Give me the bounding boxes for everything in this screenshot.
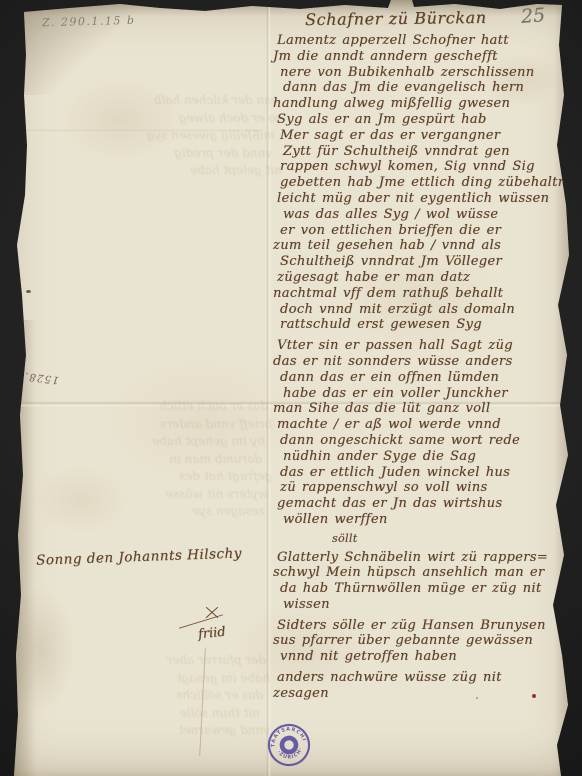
manuscript-line: Zytt für Schultheiß vnndrat gen [283, 144, 562, 160]
verso-line: wyters nit wüsse [35, 486, 268, 504]
verso-line: zesagen sye [35, 503, 265, 521]
verso-line: brieff vnnd anders [35, 416, 272, 434]
manuscript-text-block: Lamentz apperzell Schofner hattJm die an… [280, 33, 562, 707]
staatsarchiv-zuerich-stamp-icon: STAATSARCHIV ·ZÜRICH· [262, 718, 315, 771]
manuscript-paragraph: Sidters sölle er züg Hansen Brunysensus … [280, 618, 562, 665]
manuscript-line: rappen schwyl komen, Sig vnnd Sig [280, 159, 562, 175]
manuscript-line: anders nachwüre wüsse züg nit [277, 670, 562, 686]
manuscript-line: wissen [283, 597, 562, 613]
manuscript-line: handlung alweg mißfellig gwesen [273, 96, 562, 112]
manuscript-line: Mer sagt er das er vergangner [280, 128, 562, 144]
manuscript-page: van der kilchen halbso er doch alwegmißf… [0, 0, 582, 776]
manuscript-line: gemacht das er Jn das wirtshus [277, 496, 562, 512]
manuscript-line: leicht müg aber nit eygentlich wüssen [277, 191, 562, 207]
manuscript-line: nachtmal vff dem rathuß behallt [273, 286, 562, 302]
manuscript-line: gebetten hab Jme ettlich ding zübehaltn [280, 175, 562, 191]
verso-line: vnnd gewarnet [28, 722, 270, 740]
verso-line: nit thun sölle [28, 705, 260, 723]
verso-line: habe im gesagt [28, 670, 270, 688]
manuscript-line: wöllen werffen [283, 512, 562, 528]
manuscript-line: dann das er ein offnen lümden [280, 370, 562, 386]
manuscript-line: man Sihe das die lüt ganz voll [273, 401, 562, 417]
manuscript-line: machte / er aß wol werde vnnd [277, 417, 562, 433]
verso-line: der pfarrer aber [28, 652, 266, 670]
left-margin-note: Sonng den Johannts Hilschy [36, 545, 242, 568]
verso-line: das er ouch etlich [35, 398, 268, 416]
cross-mark-caption: friid [197, 625, 226, 643]
verso-line: gefragt hat des [35, 468, 272, 486]
manuscript-line: zesagen [273, 686, 562, 702]
manuscript-paragraph: Lamentz apperzell Schofner hattJm die an… [280, 33, 562, 333]
ink-speck [476, 697, 478, 699]
document-heading: Schafner zü Bürckan [305, 8, 487, 29]
manuscript-line: er von ettlichen brieffen die er [280, 223, 562, 239]
manuscript-line: schwyl Mein hüpsch ansehlich man er [273, 565, 562, 581]
manuscript-line: vnnd nit getroffen haben [280, 649, 562, 665]
stamp-inner-ring [281, 737, 297, 753]
manuscript-paragraph: Glatterly Schnäbelin wirt zü rappers=sch… [280, 550, 562, 613]
manuscript-line: Syg als er an Jm gespürt hab [277, 112, 562, 128]
manuscript-line: dann ongeschickt same wort rede [280, 433, 562, 449]
manuscript-paragraph: söllt [335, 531, 562, 547]
verso-line: by im gehept habe [35, 433, 265, 451]
verso-line: das er söllichs [28, 687, 263, 705]
verso-line: so er doch alweg [55, 110, 282, 128]
verso-bleedthrough-lower: der pfarrer aberhabe im gesagtdas er söl… [28, 652, 263, 740]
manuscript-line: sus pfarrer über gebannte gewässen [273, 633, 562, 649]
ink-speck [532, 694, 536, 698]
manuscript-line: Vtter sin er passen hall Sagt züg [277, 338, 562, 354]
manuscript-line: dann das Jm die evangelisch hern [283, 80, 562, 96]
manuscript-line: nere von Bubikenhalb zerschlissenn [280, 65, 562, 81]
verso-line: van der kilchen halb [55, 92, 278, 110]
verso-bleedthrough-upper: van der kilchen halbso er doch alwegmißf… [55, 92, 275, 180]
manuscript-line: zü rappenschwyl so voll wins [280, 480, 562, 496]
manuscript-line: da hab Thürnwöllen müge er züg nit [280, 581, 562, 597]
manuscript-line: Sidters sölle er züg Hansen Brunysen [277, 618, 562, 634]
manuscript-line: rattschuld erst gewesen Syg [280, 317, 562, 333]
manuscript-line: nüdhin ander Syge die Sag [283, 449, 562, 465]
verso-line: nit gelept habe [55, 162, 282, 180]
manuscript-line: Glatterly Schnäbelin wirt zü rappers= [277, 550, 562, 566]
manuscript-paragraph: anders nachwüre wüsse züg nitzesagen [280, 670, 562, 702]
manuscript-line: das er ettlich Juden winckel hus [280, 465, 562, 481]
manuscript-line: Lamentz apperzell Schofner hatt [277, 33, 562, 49]
ink-speck [26, 290, 31, 293]
manuscript-paragraph: Vtter sin er passen hall Sagt zügdas er … [280, 338, 562, 528]
verso-line: vnnd der predig [55, 145, 272, 163]
manuscript-line: zum teil gesehen hab / vnnd als [273, 238, 562, 254]
verso-line: darumb man in [35, 451, 262, 469]
manuscript-line: Schultheiß vnndrat Jm Völleger [280, 254, 562, 270]
page-number: 25 [520, 4, 546, 28]
manuscript-line: zügesagt habe er man datz [277, 270, 562, 286]
manuscript-line: habe das er ein voller Junckher [283, 386, 562, 402]
manuscript-line: Jm die anndt anndern geschefft [273, 49, 562, 65]
manuscript-line: doch vnnd mit erzügt als domaln [280, 302, 562, 318]
manuscript-line: söllt [332, 531, 562, 547]
photo-background: van der kilchen halbso er doch alwegmißf… [0, 0, 582, 776]
archival-reference-mark: Z. 290.1.15 b [42, 14, 136, 29]
manuscript-line: das er nit sonnders wüsse anders [273, 354, 562, 370]
verso-line: mißfellig gwesen syg [55, 127, 275, 145]
manuscript-line: was das alles Syg / wol wüsse [283, 207, 562, 223]
verso-bleedthrough-middle: das er ouch etlichbrieff vnnd andersby i… [35, 398, 265, 521]
